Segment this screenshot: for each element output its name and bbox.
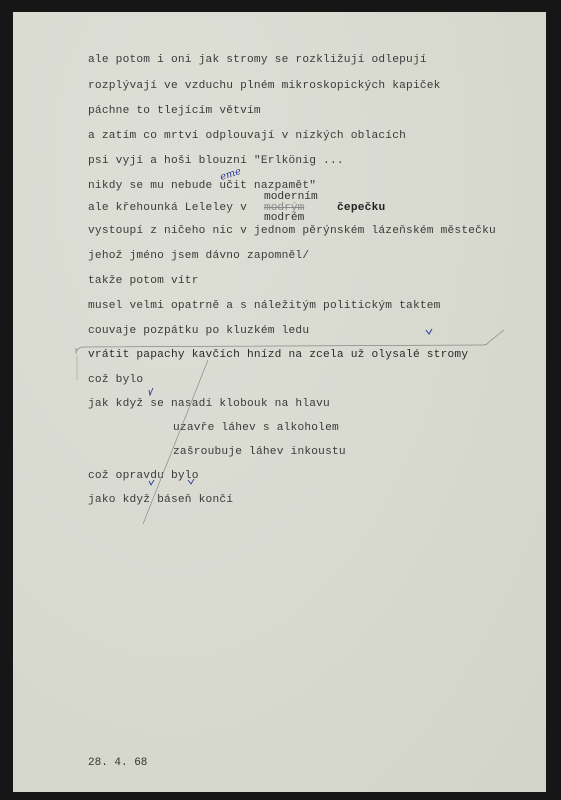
pencil-bracket-line: [76, 330, 504, 354]
ink-caron-mark: [188, 479, 194, 484]
ink-caron-mark: [426, 329, 432, 334]
ink-caron-mark: [149, 388, 153, 395]
pencil-diagonal-strike: [143, 360, 208, 524]
pencil-marks: [13, 12, 546, 792]
paper-sheet: ale potom i oni jak stromy se rozkližují…: [13, 12, 546, 792]
ink-caron-mark: [149, 480, 154, 485]
